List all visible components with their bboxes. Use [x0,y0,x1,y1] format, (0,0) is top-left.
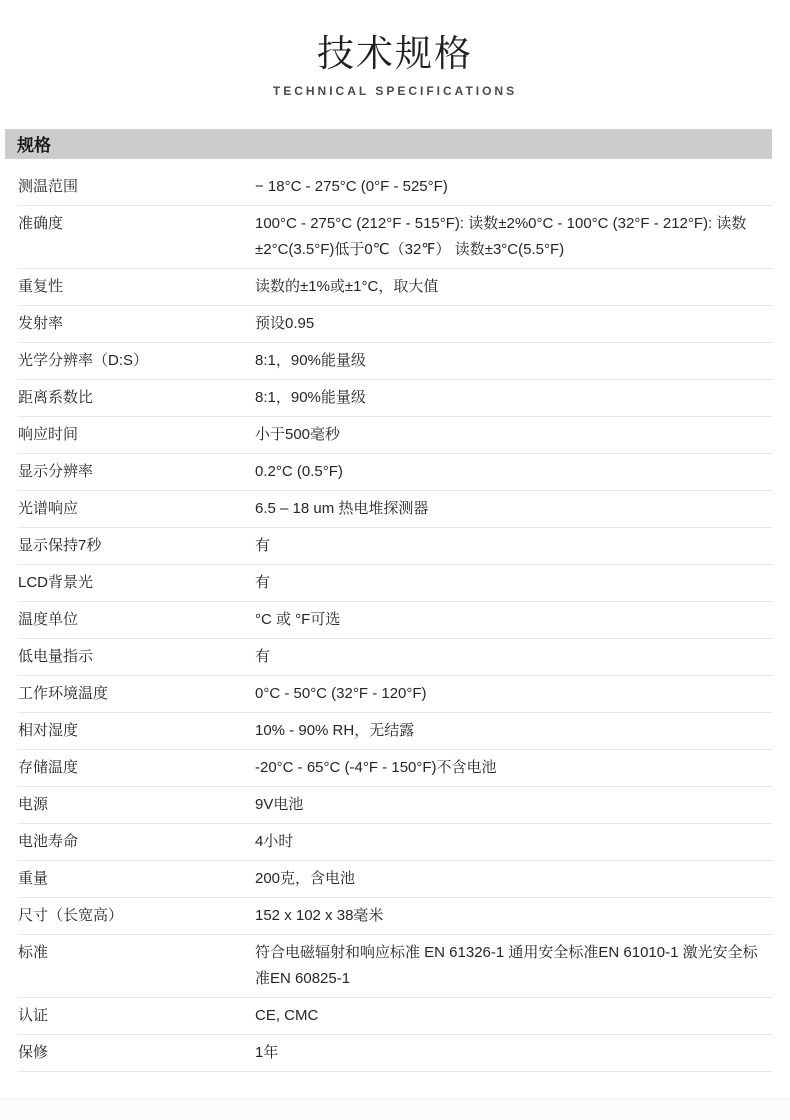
spec-label: 重量 [18,866,255,892]
spec-row: 光学分辨率（D:S） 8:1，90%能量级 [18,343,772,380]
spec-value: 152 x 102 x 38毫米 [255,903,772,929]
spec-row: 标准 符合电磁辐射和响应标准 EN 61326-1 通用安全标准EN 61010… [18,935,772,998]
spec-value: 小于500毫秒 [255,422,772,448]
spec-row: 低电量指示 有 [18,639,772,676]
spec-row: 显示分辨率 0.2°C (0.5°F) [18,454,772,491]
title-block: 技术规格 TECHNICAL SPECIFICATIONS [0,0,790,98]
spec-row: 认证 CE, CMC [18,998,772,1035]
spec-label: 光谱响应 [18,496,255,522]
spec-row: 电池寿命 4小时 [18,824,772,861]
spec-label: 重复性 [18,274,255,300]
spec-label: 显示保持7秒 [18,533,255,559]
spec-value: 有 [255,570,772,596]
spec-label: 认证 [18,1003,255,1029]
spec-row: LCD背景光 有 [18,565,772,602]
spec-label: 准确度 [18,211,255,237]
spec-row: 电源 9V电池 [18,787,772,824]
spec-value: CE, CMC [255,1003,772,1029]
spec-row: 准确度 100°C - 275°C (212°F - 515°F): 读数±2%… [18,206,772,269]
spec-label: 标准 [18,940,255,966]
spec-row: 测温范围 − 18°C - 275°C (0°F - 525°F) [18,169,772,206]
spec-value: − 18°C - 275°C (0°F - 525°F) [255,174,772,200]
spec-label: 保修 [18,1040,255,1066]
page-subtitle: TECHNICAL SPECIFICATIONS [0,84,790,98]
spec-label: 温度单位 [18,607,255,633]
section-header-label: 规格 [5,131,51,156]
spec-row: 发射率 预设0.95 [18,306,772,343]
spec-row: 相对湿度 10% - 90% RH，无结露 [18,713,772,750]
spec-label: 发射率 [18,311,255,337]
spec-label: 光学分辨率（D:S） [18,348,255,374]
spec-value: 有 [255,644,772,670]
spec-value: 0.2°C (0.5°F) [255,459,772,485]
spec-value: 预设0.95 [255,311,772,337]
spec-value: 4小时 [255,829,772,855]
spec-label: 工作环境温度 [18,681,255,707]
spec-value: 8:1，90%能量级 [255,348,772,374]
section-header-bar: 规格 [5,129,772,159]
spec-row: 温度单位 °C 或 °F可选 [18,602,772,639]
spec-label: 相对湿度 [18,718,255,744]
spec-value: 200克，含电池 [255,866,772,892]
spec-label: 电池寿命 [18,829,255,855]
spec-value: 1年 [255,1040,772,1066]
spec-value: 读数的±1%或±1°C，取大值 [255,274,772,300]
spec-row: 尺寸（长宽高） 152 x 102 x 38毫米 [18,898,772,935]
footer-strip [0,1098,790,1120]
spec-table: 测温范围 − 18°C - 275°C (0°F - 525°F) 准确度 10… [18,169,772,1072]
spec-label: 显示分辨率 [18,459,255,485]
spec-value: 有 [255,533,772,559]
spec-value: -20°C - 65°C (-4°F - 150°F)不含电池 [255,755,772,781]
spec-value: 9V电池 [255,792,772,818]
spec-label: LCD背景光 [18,570,255,596]
spec-sheet-page: 技术规格 TECHNICAL SPECIFICATIONS 规格 测温范围 − … [0,0,790,1120]
spec-row: 重复性 读数的±1%或±1°C，取大值 [18,269,772,306]
spec-row: 距离系数比 8:1，90%能量级 [18,380,772,417]
spec-label: 测温范围 [18,174,255,200]
spec-label: 响应时间 [18,422,255,448]
spec-value: 6.5 – 18 um 热电堆探测器 [255,496,772,522]
spec-value: 符合电磁辐射和响应标准 EN 61326-1 通用安全标准EN 61010-1 … [255,940,772,992]
spec-row: 光谱响应 6.5 – 18 um 热电堆探测器 [18,491,772,528]
spec-value: 8:1，90%能量级 [255,385,772,411]
spec-row: 响应时间 小于500毫秒 [18,417,772,454]
page-title: 技术规格 [0,34,790,75]
spec-value: °C 或 °F可选 [255,607,772,633]
spec-row: 工作环境温度 0°C - 50°C (32°F - 120°F) [18,676,772,713]
spec-label: 距离系数比 [18,385,255,411]
spec-row: 存储温度 -20°C - 65°C (-4°F - 150°F)不含电池 [18,750,772,787]
spec-value: 10% - 90% RH，无结露 [255,718,772,744]
spec-label: 存储温度 [18,755,255,781]
spec-row: 显示保持7秒 有 [18,528,772,565]
spec-label: 尺寸（长宽高） [18,903,255,929]
spec-row: 保修 1年 [18,1035,772,1072]
spec-row: 重量 200克，含电池 [18,861,772,898]
spec-label: 低电量指示 [18,644,255,670]
spec-value: 100°C - 275°C (212°F - 515°F): 读数±2%0°C … [255,211,772,263]
spec-value: 0°C - 50°C (32°F - 120°F) [255,681,772,707]
spec-label: 电源 [18,792,255,818]
